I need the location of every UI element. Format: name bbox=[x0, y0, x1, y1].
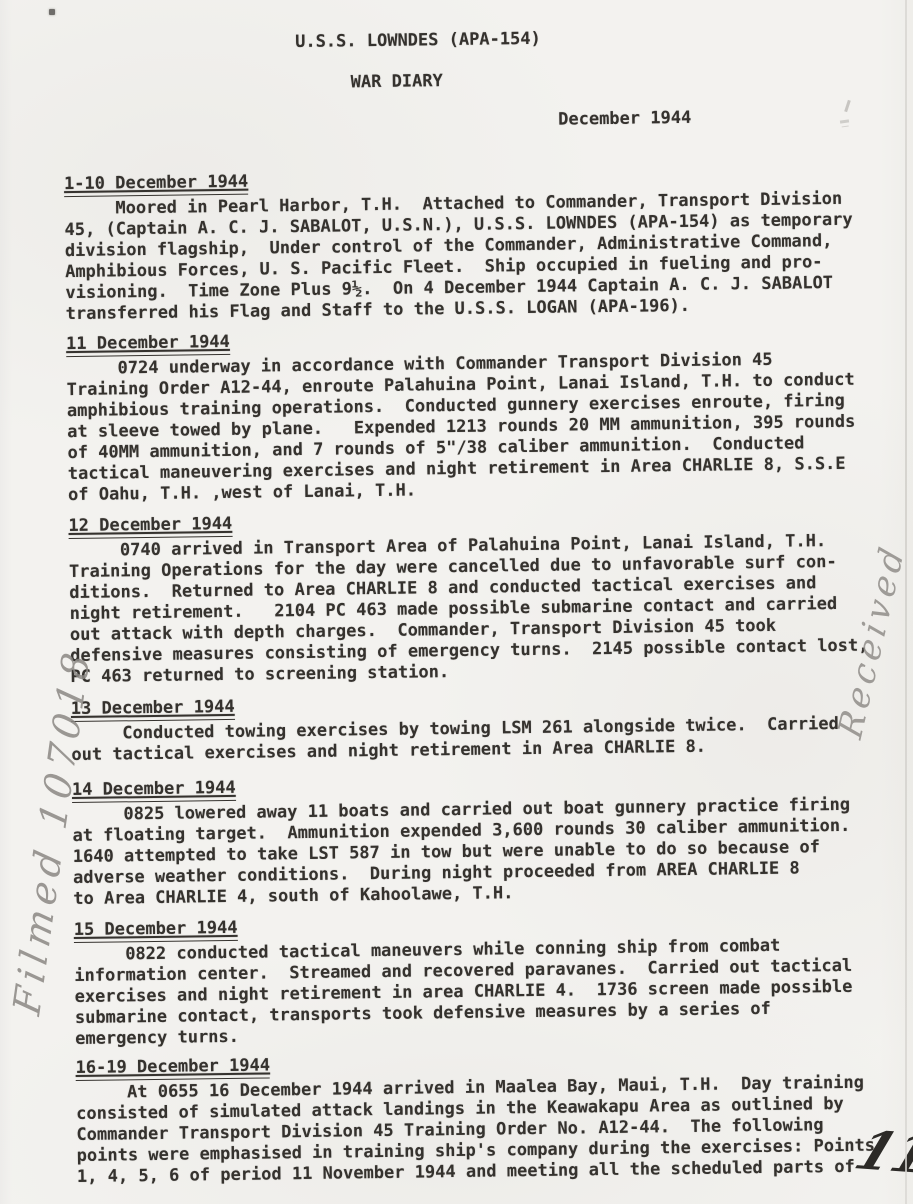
entry-body: 0825 lowered away 11 boats and carried o… bbox=[72, 794, 883, 910]
diary-entry-12-december: 12 December 1944 0740 arrived in Transpo… bbox=[68, 505, 880, 688]
entry-body: At 0655 16 December 1944 arrived in Maal… bbox=[76, 1072, 887, 1188]
document-date: December 1944 bbox=[558, 108, 691, 131]
entry-heading: 11 December 1944 bbox=[66, 332, 230, 357]
document-subtitle: WAR DIARY bbox=[351, 71, 443, 93]
entry-body: Moored in Pearl Harbor, T.H. Attached to… bbox=[64, 188, 876, 325]
entry-heading: 15 December 1944 bbox=[74, 918, 238, 943]
entry-body: 0740 arrived in Transport Area of Palahu… bbox=[69, 530, 881, 688]
entry-heading: 16-19 December 1944 bbox=[75, 1055, 270, 1081]
entry-body: Conducted towing exercises by towing LSM… bbox=[71, 713, 881, 766]
entry-body: 0724 underway in accordance with Command… bbox=[66, 348, 878, 506]
entry-heading: 14 December 1944 bbox=[72, 778, 236, 803]
entry-heading: 13 December 1944 bbox=[71, 697, 235, 722]
diary-entry-16-19-december: 16-19 December 1944 At 0655 16 December … bbox=[75, 1047, 887, 1188]
typed-content: U.S.S. LOWNDES (APA-154) WAR DIARY Decem… bbox=[0, 0, 913, 1204]
scan-speck bbox=[49, 9, 55, 15]
diary-entry-14-december: 14 December 1944 0825 lowered away 11 bo… bbox=[72, 769, 884, 910]
document-title: U.S.S. LOWNDES (APA-154) bbox=[295, 29, 541, 53]
diary-entry-11-december: 11 December 1944 0724 underway in accord… bbox=[66, 323, 878, 506]
entry-heading: 1-10 December 1944 bbox=[64, 172, 249, 197]
diary-entry-13-december: 13 December 1944 Conducted towing exerci… bbox=[71, 688, 882, 766]
diary-entry-15-december: 15 December 1944 0822 conducted tactical… bbox=[74, 909, 886, 1050]
entry-heading: 12 December 1944 bbox=[68, 514, 232, 539]
entry-body: 0822 conducted tactical maneuvers while … bbox=[74, 934, 885, 1050]
scan-edge-line bbox=[905, 0, 907, 1204]
diary-entry-1-10-december: 1-10 December 1944 Moored in Pearl Harbo… bbox=[64, 163, 876, 325]
scanned-page: U.S.S. LOWNDES (APA-154) WAR DIARY Decem… bbox=[0, 0, 913, 1204]
